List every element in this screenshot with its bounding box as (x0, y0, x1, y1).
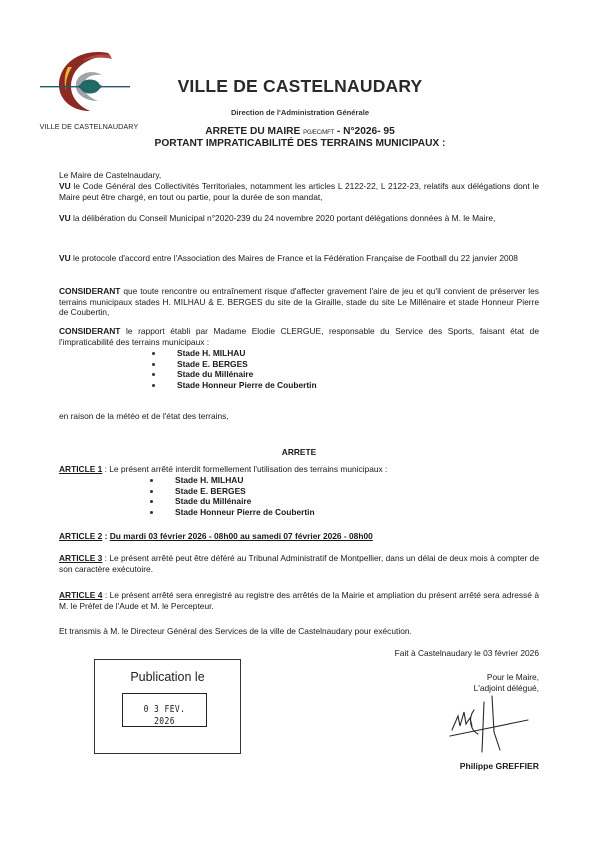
place-and-date: Fait à Castelnaudary le 03 février 2026 (395, 648, 539, 659)
list-item: Stade H. MILHAU (152, 348, 317, 359)
considerant-paragraph-1: CONSIDERANT que toute rencontre ou entra… (59, 286, 539, 318)
considerant-label: CONSIDERANT (59, 326, 120, 336)
publication-stamp: Publication le 0 3 FEV. 2026 (94, 659, 241, 754)
article-2-label: ARTICLE 2 (59, 531, 102, 541)
vu-deliberation-paragraph: VU la délibération du Conseil Municipal … (59, 213, 539, 224)
reason-line: en raison de la météo et de l'état des t… (59, 411, 539, 422)
vu-label: VU (59, 253, 71, 263)
vu-cgct-text: le Code Général des Collectivités Territ… (59, 181, 539, 202)
list-item: Stade E. BERGES (152, 359, 317, 370)
signatory-name: Philippe GREFFIER (460, 761, 539, 772)
considerant-paragraph-2: CONSIDERANT le rapport établi par Madame… (59, 326, 539, 347)
vu-protocole-text: le protocole d'accord entre l'Associatio… (71, 253, 518, 263)
arrete-heading: ARRETE (59, 447, 539, 458)
vu-cgct-paragraph: VU le Code Général des Collectivités Ter… (59, 181, 539, 202)
considerant-label: CONSIDERANT (59, 286, 120, 296)
vu-deliberation-text: la délibération du Conseil Municipal n°2… (71, 213, 496, 223)
article-2-separator: : (102, 531, 109, 541)
article-2-period: Du mardi 03 février 2026 - 08h00 au same… (110, 531, 373, 541)
article-3-label: ARTICLE 3 (59, 553, 102, 563)
vu-label: VU (59, 213, 71, 223)
article-1-label: ARTICLE 1 (59, 464, 102, 474)
list-item: Stade Honneur Pierre de Coubertin (152, 380, 317, 391)
handwritten-signature-icon (448, 692, 538, 756)
considerant-text-2: le rapport établi par Madame Elodie CLER… (59, 326, 539, 347)
article-1: ARTICLE 1 : Le présent arrêté interdit f… (59, 464, 539, 475)
stamp-date: 0 3 FEV. 2026 (131, 704, 197, 728)
article-3: ARTICLE 3 : Le présent arrêté peut être … (59, 553, 539, 574)
article-4-label: ARTICLE 4 (59, 590, 102, 600)
stamp-date-box: 0 3 FEV. 2026 (122, 693, 207, 727)
article-1-text: : Le présent arrêté interdit formellemen… (102, 464, 387, 474)
article-4: ARTICLE 4 : Le présent arrêté sera enreg… (59, 590, 539, 611)
city-logo-icon (38, 47, 134, 117)
stamp-label: Publication le (95, 670, 240, 684)
city-title: VILLE DE CASTELNAUDARY (150, 76, 450, 96)
for-mayor-line: Pour le Maire, (487, 672, 539, 683)
list-item: Stade du Millénaire (152, 369, 317, 380)
article-4-text: : Le présent arrêté sera enregistré au r… (59, 590, 539, 611)
arrete-number: - N°2026- 95 (334, 126, 395, 137)
list-item: Stade du Millénaire (150, 496, 315, 507)
arrete-subject: PORTANT IMPRATICABILITÉ DES TERRAINS MUN… (60, 138, 540, 150)
vu-label: VU (59, 181, 71, 191)
list-item: Stade E. BERGES (150, 486, 315, 497)
direction-label: Direction de l'Administration Générale (150, 108, 450, 119)
article-2: ARTICLE 2 : Du mardi 03 février 2026 - 0… (59, 531, 539, 542)
transmission-line: Et transmis à M. le Directeur Général de… (59, 626, 539, 637)
arrete-reference: PG/EC/MFT (303, 130, 334, 136)
list-item: Stade Honneur Pierre de Coubertin (150, 507, 315, 518)
article-3-text: : Le présent arrêté peut être déféré au … (59, 553, 539, 574)
stadium-list-report: Stade H. MILHAU Stade E. BERGES Stade du… (152, 348, 317, 390)
arrete-prefix: ARRETE DU MAIRE (205, 126, 303, 137)
considerant-text-1: que toute rencontre ou entraînement risq… (59, 286, 539, 317)
stadium-list-article-1: Stade H. MILHAU Stade E. BERGES Stade du… (150, 475, 315, 517)
list-item: Stade H. MILHAU (150, 475, 315, 486)
intro-line: Le Maire de Castelnaudary, (59, 170, 539, 181)
vu-protocole-paragraph: VU le protocole d'accord entre l'Associa… (59, 253, 539, 264)
